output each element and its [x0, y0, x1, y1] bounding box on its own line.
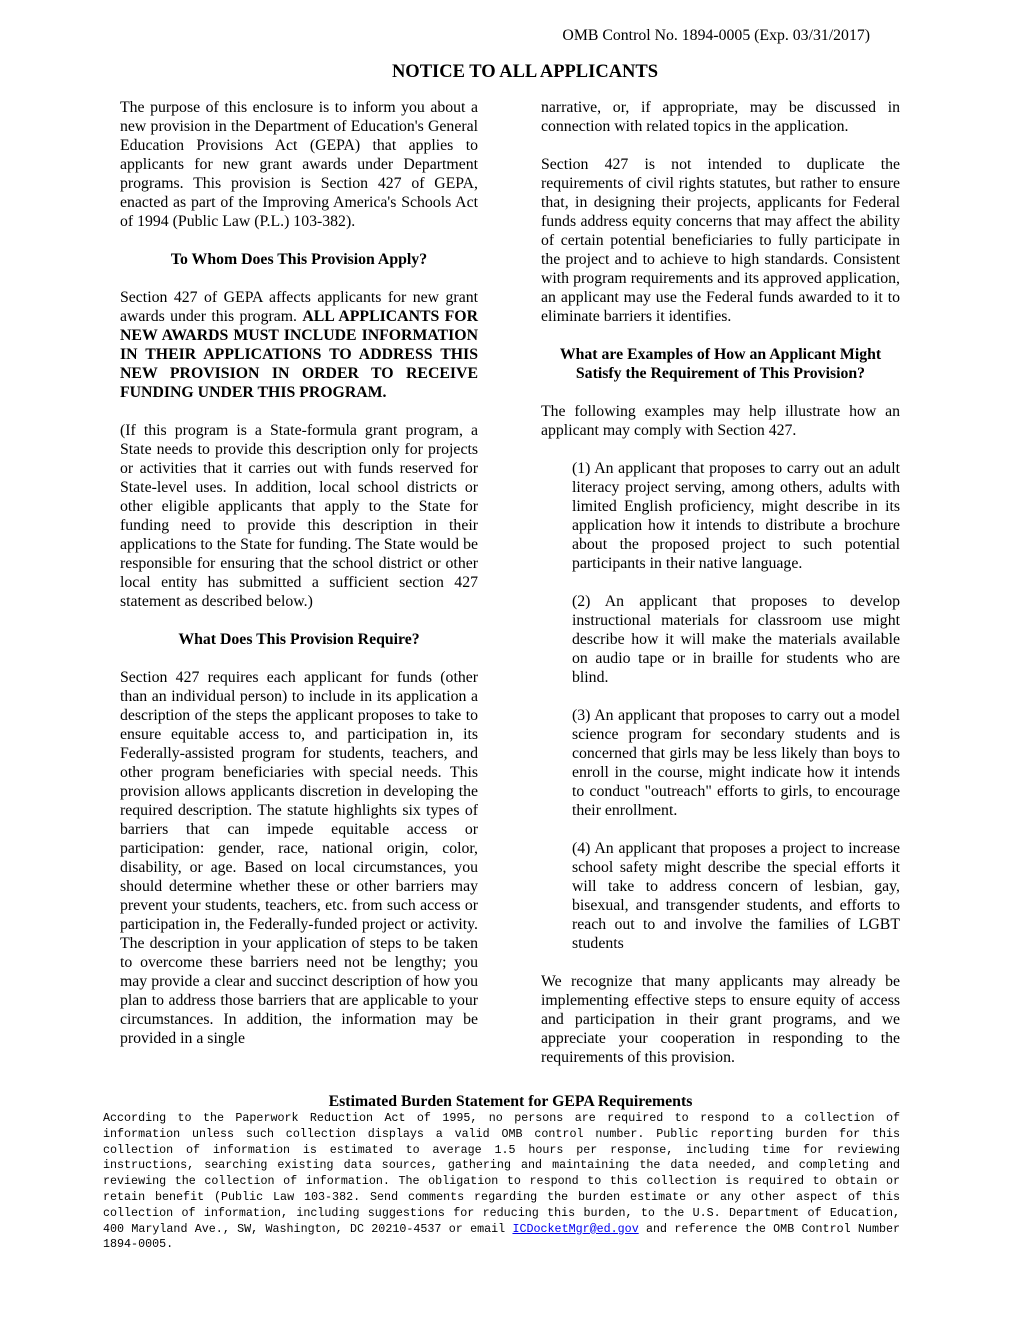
document-title: NOTICE TO ALL APPLICANTS — [0, 61, 1020, 83]
omb-control-number: OMB Control No. 1894-0005 (Exp. 03/31/20… — [0, 26, 870, 45]
example-item-2: (2) An applicant that proposes to develo… — [572, 592, 900, 687]
heading-examples-line1: What are Examples of How an Applicant Mi… — [541, 345, 900, 364]
paragraph-not-duplicate: Section 427 is not intended to duplicate… — [541, 155, 900, 326]
paragraph-requirements: Section 427 requires each applicant for … — [120, 668, 478, 1048]
paragraph-state-formula: (If this program is a State-formula gran… — [120, 421, 478, 611]
heading-examples-line2: Satisfy the Requirement of This Provisio… — [541, 364, 900, 383]
paragraph-section427-affects: Section 427 of GEPA affects applicants f… — [120, 288, 478, 402]
heading-what-require: What Does This Provision Require? — [120, 630, 478, 649]
email-link[interactable]: ICDocketMgr@ed.gov — [512, 1222, 638, 1236]
right-column: narrative, or, if appropriate, may be di… — [541, 98, 900, 1086]
heading-examples: What are Examples of How an Applicant Mi… — [541, 345, 900, 383]
document-page: OMB Control No. 1894-0005 (Exp. 03/31/20… — [0, 26, 1020, 1253]
burden-statement-text: According to the Paperwork Reduction Act… — [103, 1111, 900, 1253]
example-item-3: (3) An applicant that proposes to carry … — [572, 706, 900, 820]
heading-burden-statement: Estimated Burden Statement for GEPA Requ… — [103, 1092, 900, 1111]
paragraph-purpose: The purpose of this enclosure is to info… — [120, 98, 478, 231]
left-column: The purpose of this enclosure is to info… — [120, 98, 478, 1086]
example-item-4: (4) An applicant that proposes a project… — [572, 839, 900, 953]
burden-statement-section: Estimated Burden Statement for GEPA Requ… — [103, 1092, 900, 1253]
example-item-1: (1) An applicant that proposes to carry … — [572, 459, 900, 573]
two-column-body: The purpose of this enclosure is to info… — [120, 98, 900, 1086]
paragraph-closing: We recognize that many applicants may al… — [541, 972, 900, 1067]
burden-text-before-link: According to the Paperwork Reduction Act… — [103, 1111, 900, 1236]
paragraph-examples-intro: The following examples may help illustra… — [541, 402, 900, 440]
paragraph-narrative-continuation: narrative, or, if appropriate, may be di… — [541, 98, 900, 136]
heading-to-whom-apply: To Whom Does This Provision Apply? — [120, 250, 478, 269]
